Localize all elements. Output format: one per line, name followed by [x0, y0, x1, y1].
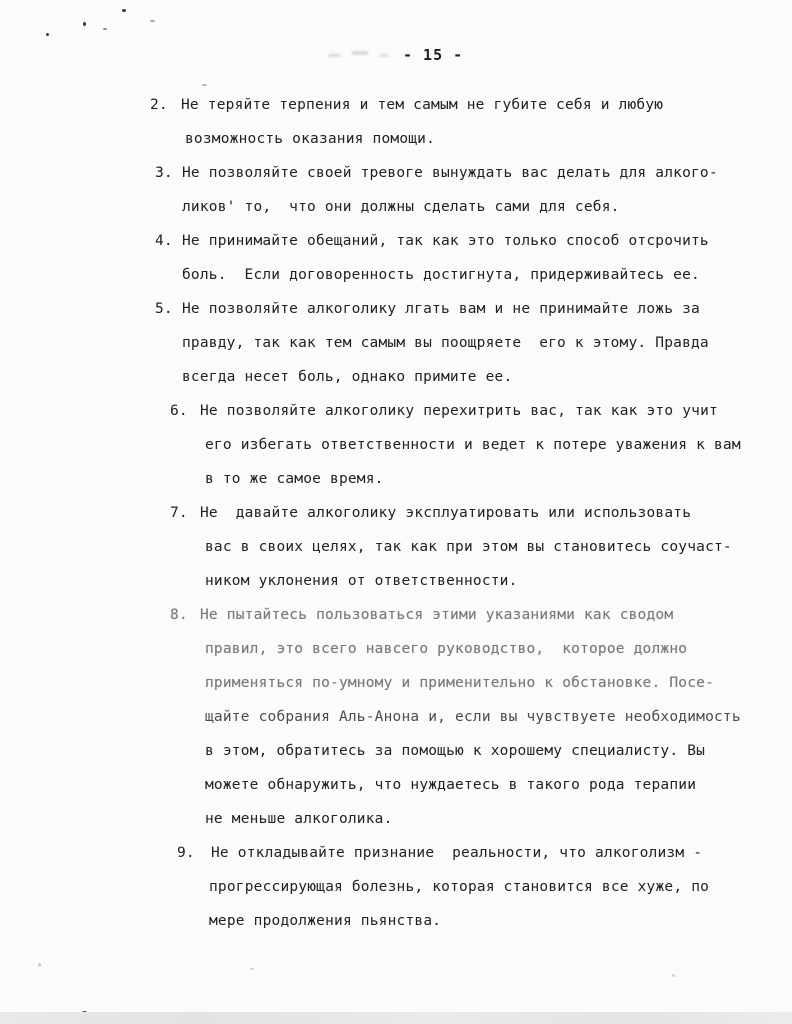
advice-list: 2.Не теряйте терпения и тем самым не губ… — [0, 88, 792, 938]
text-line: в этом, обратитесь за помощью к хорошему… — [170, 734, 792, 768]
text-line: вас в своих целях, так как при этом вы с… — [170, 530, 792, 564]
scan-smudge — [328, 54, 341, 57]
list-item: 8.Не пытайтесь пользоваться этими указан… — [170, 598, 792, 836]
item-text: Не пытайтесь пользоваться этими указания… — [200, 607, 673, 623]
text-line: всегда несет боль, однако примите ее. — [155, 360, 792, 394]
scan-edge-artifact — [0, 1012, 792, 1024]
scan-speck — [250, 968, 254, 970]
item-number: 2. — [150, 88, 181, 122]
item-text: Не давайте алкоголику эксплуатировать ил… — [200, 505, 691, 521]
list-item: 2.Не теряйте терпения и тем самым не губ… — [150, 88, 792, 156]
list-item: 9.Не откладывайте признание реальности, … — [177, 836, 792, 938]
item-text: Не откладывайте признание реальности, чт… — [211, 845, 702, 861]
text-line: ником уклонения от ответственности. — [170, 564, 792, 598]
text-line: правду, так как тем самым вы поощряете е… — [155, 326, 792, 360]
scan-speck — [122, 9, 126, 12]
text-line: 2.Не теряйте терпения и тем самым не губ… — [150, 88, 792, 122]
item-number: 4. — [155, 224, 182, 258]
text-line: 4.Не принимайте обещаний, так как это то… — [155, 224, 792, 258]
item-number: 6. — [170, 394, 200, 428]
text-line: ликов' то, что они должны сделать сами д… — [155, 190, 792, 224]
text-line: 9.Не откладывайте признание реальности, … — [177, 836, 792, 870]
scan-speck — [672, 974, 675, 977]
text-line: щайте собрания Аль-Анона и, если вы чувс… — [170, 700, 792, 734]
item-number: 5. — [155, 292, 182, 326]
list-item: 3.Не позволяйте своей тревоге вынуждать … — [155, 156, 792, 224]
text-line: прогрессирующая болезнь, которая станови… — [177, 870, 792, 904]
text-line: правил, это всего навсего руководство, к… — [170, 632, 792, 666]
scan-smudge — [352, 51, 368, 55]
list-item: 6.Не позволяйте алкоголику перехитрить в… — [170, 394, 792, 496]
list-item: 4.Не принимайте обещаний, так как это то… — [155, 224, 792, 292]
item-text: Не позволяйте алкоголику лгать вам и не … — [182, 301, 700, 317]
text-line: боль. Если договоренность достигнута, пр… — [155, 258, 792, 292]
text-line: 7.Не давайте алкоголику эксплуатировать … — [170, 496, 792, 530]
item-text: Не позволяйте алкоголику перехитрить вас… — [200, 403, 718, 419]
item-text: Не принимайте обещаний, так как это толь… — [182, 233, 709, 249]
scan-speck — [38, 963, 41, 967]
text-line: в то же самое время. — [170, 462, 792, 496]
item-number: 9. — [177, 836, 211, 870]
text-line: 5.Не позволяйте алкоголику лгать вам и н… — [155, 292, 792, 326]
text-line: можете обнаружить, что нуждаетесь в тако… — [170, 768, 792, 802]
item-text: Не теряйте терпения и тем самым не губит… — [181, 97, 663, 113]
page-number: - 15 - — [403, 46, 463, 64]
text-line: 3.Не позволяйте своей тревоге вынуждать … — [155, 156, 792, 190]
item-number: 8. — [170, 598, 200, 632]
text-line: его избегать ответственности и ведет к п… — [170, 428, 792, 462]
item-number: 7. — [170, 496, 200, 530]
list-item: 5.Не позволяйте алкоголику лгать вам и н… — [155, 292, 792, 394]
text-line: не меньше алкоголика. — [170, 802, 792, 836]
item-text: Не позволяйте своей тревоге вынуждать ва… — [182, 165, 718, 181]
item-number: 3. — [155, 156, 182, 190]
scan-speck — [83, 22, 86, 26]
text-line: 6.Не позволяйте алкоголику перехитрить в… — [170, 394, 792, 428]
text-line: применяться по-умному и применительно к … — [170, 666, 792, 700]
list-item: 7.Не давайте алкоголику эксплуатировать … — [170, 496, 792, 598]
scan-speck — [150, 20, 155, 22]
scan-speck — [202, 84, 207, 86]
text-line: 8.Не пытайтесь пользоваться этими указан… — [170, 598, 792, 632]
text-line: возможность оказания помощи. — [150, 122, 792, 156]
scan-smudge — [380, 54, 388, 57]
document-page: - 15 - 2.Не теряйте терпения и тем самым… — [0, 0, 792, 1024]
scan-speck — [46, 33, 49, 36]
scan-speck — [103, 28, 107, 30]
text-line: мере продолжения пьянства. — [177, 904, 792, 938]
